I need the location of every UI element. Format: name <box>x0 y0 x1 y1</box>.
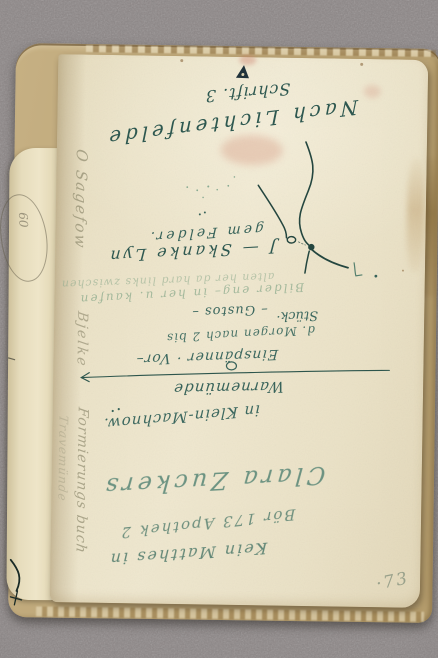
page-number: ·73 <box>374 568 410 594</box>
handwriting-line-15: Kein Matthes in <box>108 538 267 568</box>
handwriting-line-11: Warnemünde <box>172 378 284 398</box>
cover-frayed-bottom-edge <box>36 606 424 621</box>
handwriting-line-7: – Gustos – <box>191 301 268 319</box>
paper-texture <box>50 54 429 608</box>
handwriting-line-10: Einspänner · Vor– <box>135 346 279 367</box>
ink-sketch <box>50 54 429 608</box>
pink-smudge-stain <box>221 135 283 166</box>
triangle-stamp-icon <box>233 63 253 83</box>
handwriting-line-5: alten her da hard links zwischen <box>61 270 275 291</box>
pink-spot-stain <box>364 85 381 98</box>
handwriting-line-14: Bör 173 Apothek 2 <box>119 505 295 542</box>
foxing-dot <box>180 59 183 62</box>
photo-of-notebook-page: 60 Schrift. 3 Nach Lichtenfelde gem Feld… <box>0 0 438 658</box>
handwriting-line-4: J — Skanke Lyn <box>107 238 277 266</box>
foxing-dot <box>360 63 363 66</box>
notebook-page: Schrift. 3 Nach Lichtenfelde gem Felder.… <box>50 54 429 608</box>
underline-arrow <box>81 366 389 383</box>
handwriting-line-1: Schrift. 3 <box>205 79 291 106</box>
handwriting-line-6: Bilder eng– in her u. kaufen <box>78 280 304 306</box>
handwriting-line-9: d. Morgen nach 2 bis <box>166 323 316 345</box>
handwriting-line-12: in Klein-Machnow. <box>103 401 260 433</box>
handwriting-line-2: Nach Lichtenfelde <box>105 95 358 151</box>
handwriting-line-13: Clara Zuckers <box>101 460 327 500</box>
handwriting-line-8: Stück· <box>276 308 318 324</box>
handwriting-line-3: gem Felder. <box>147 220 264 244</box>
brown-streak-stain <box>406 158 425 273</box>
foxing-dot <box>402 270 404 272</box>
